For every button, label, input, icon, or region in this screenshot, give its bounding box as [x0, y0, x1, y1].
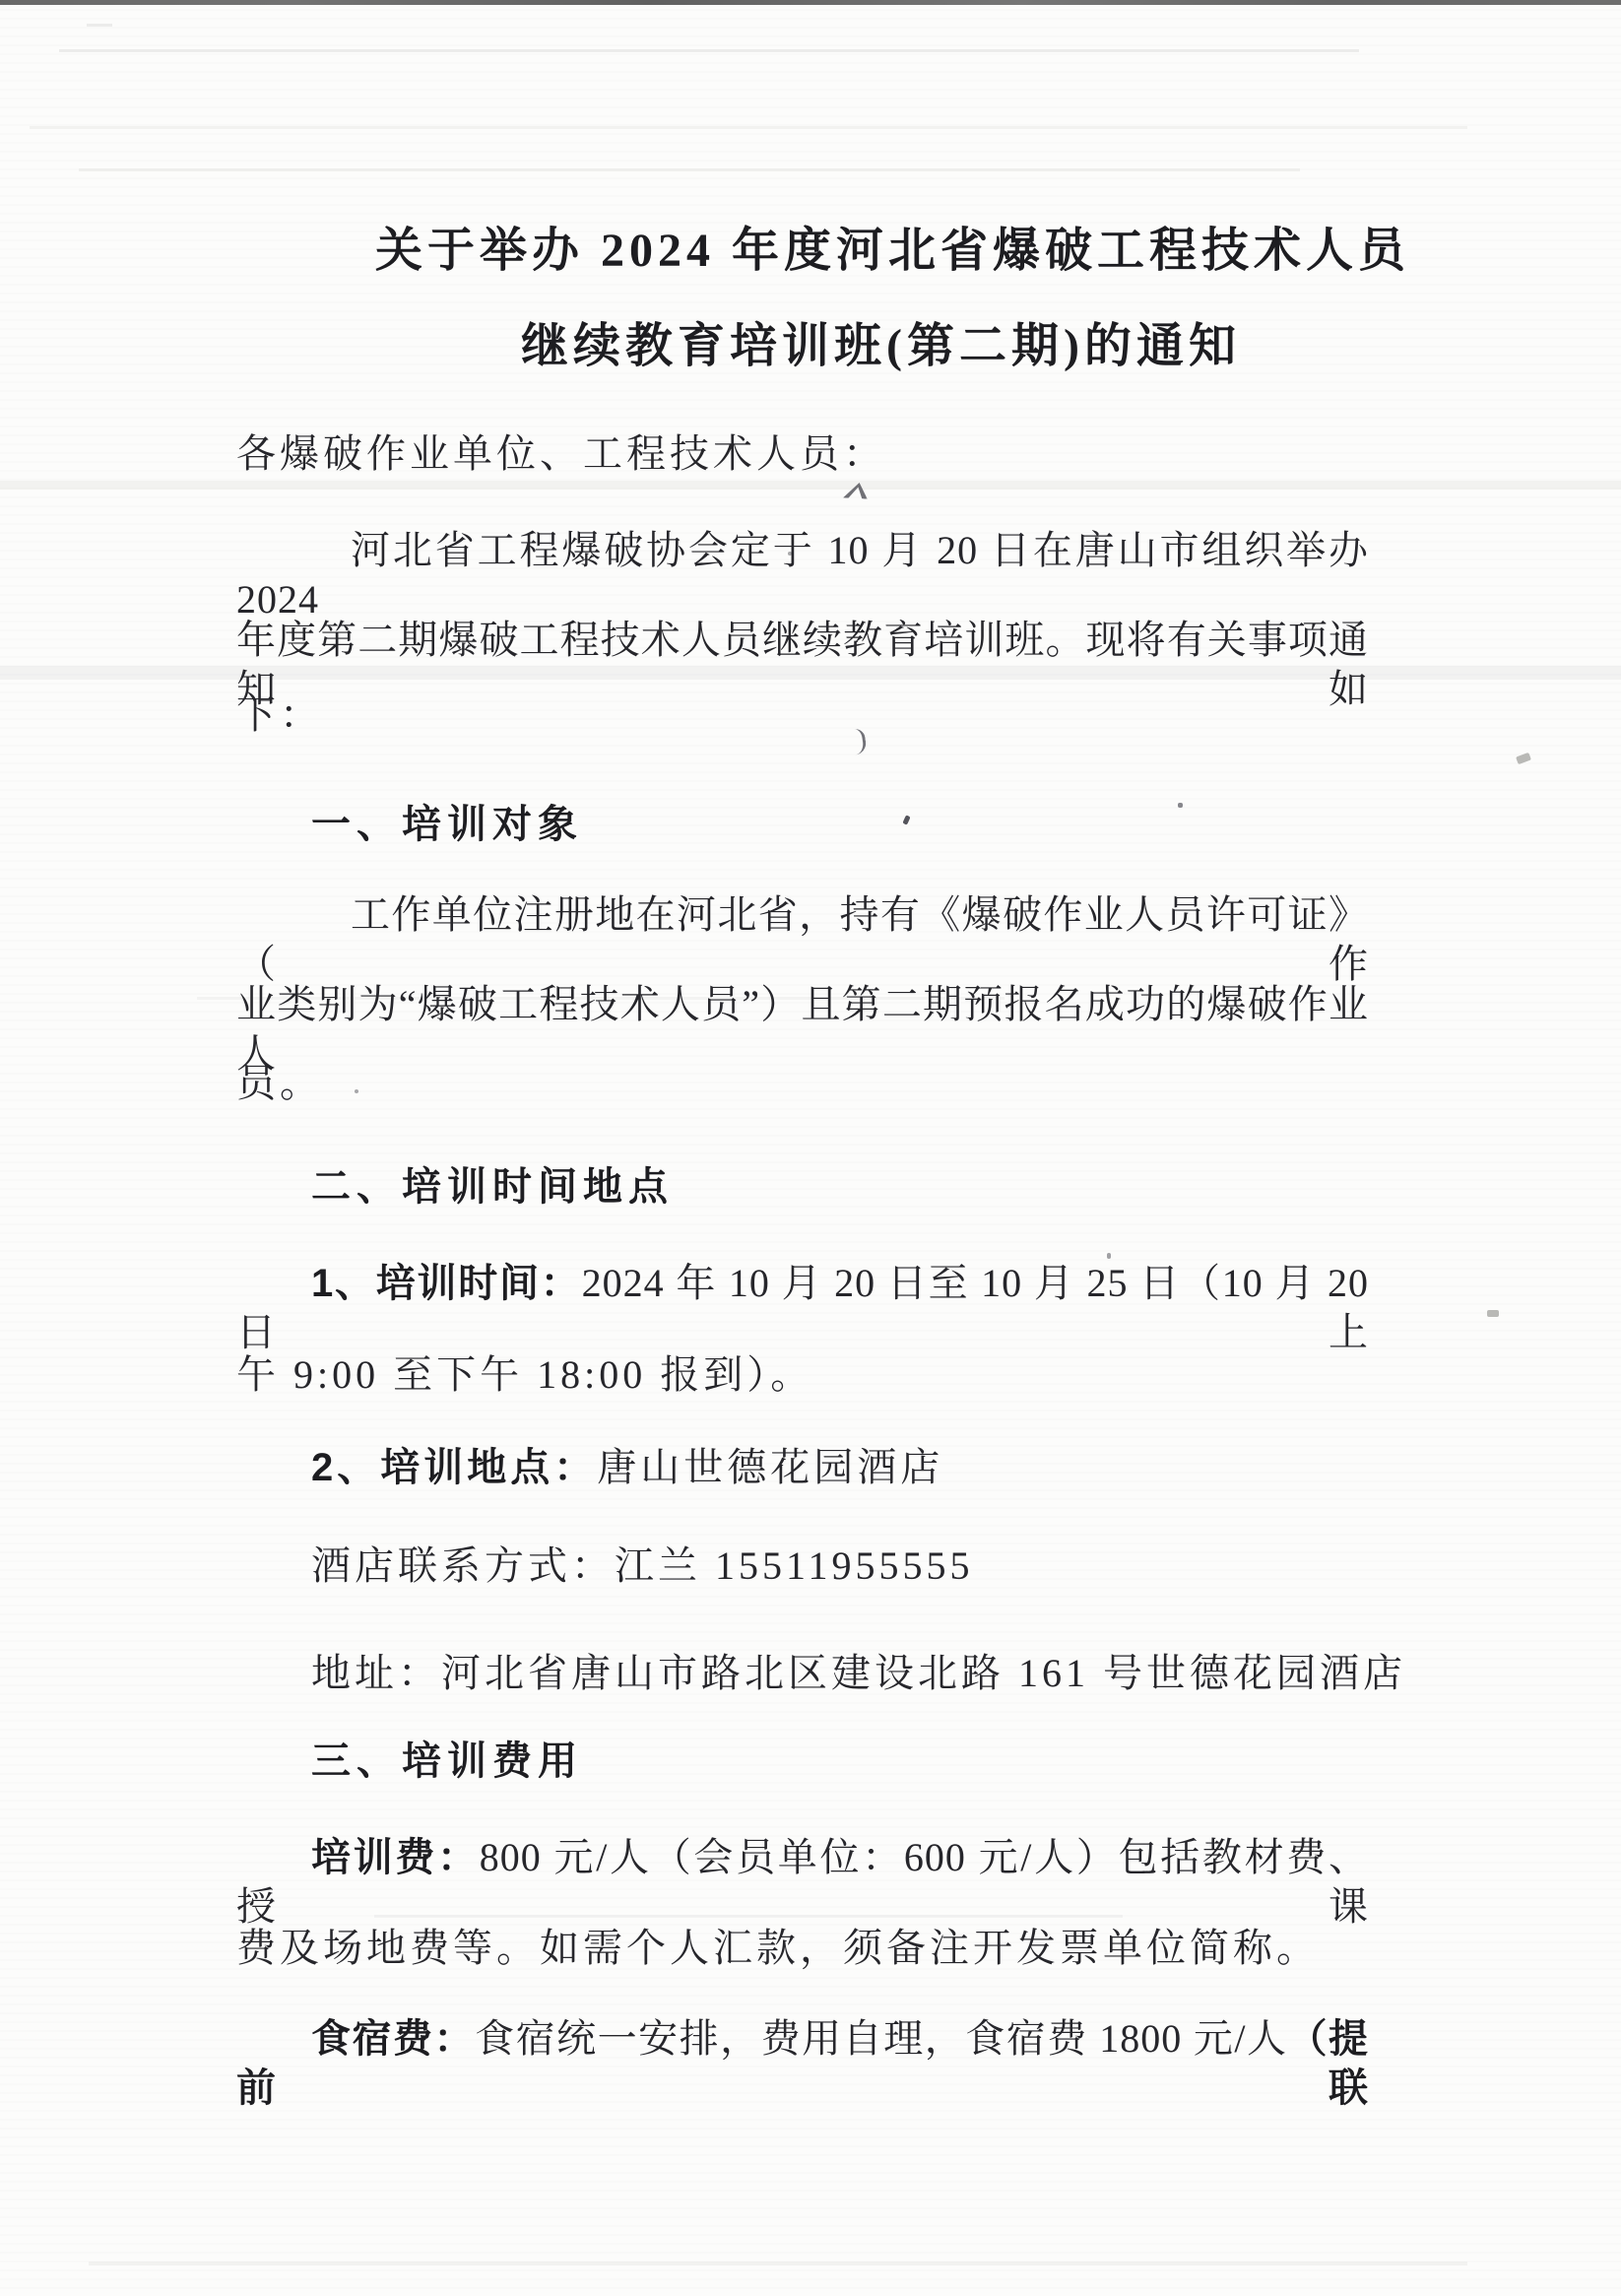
scan-edge-artifact	[0, 0, 1621, 5]
board-fee-line: 食宿费：食宿统一安排，费用自理，食宿费 1800 元/人（提前联	[236, 2014, 1369, 2113]
scan-streak	[87, 24, 112, 27]
scan-streak	[0, 481, 1621, 490]
training-venue-value: 唐山世德花园酒店	[597, 1445, 943, 1489]
board-fee-value: 食宿统一安排，费用自理，食宿费 1800 元/人	[475, 2016, 1287, 2061]
scan-streak	[30, 126, 1467, 129]
training-venue-label: 2、培训地点：	[311, 1446, 597, 1489]
section-3-heading: 三、培训费用	[236, 1737, 1369, 1786]
training-fee-continuation: 费及场地费等。如需个人汇款，须备注开发票单位简称。	[236, 1924, 1369, 1973]
section-1-heading: 一、培训对象	[236, 800, 1369, 849]
notice-title-line-1: 关于举办 2024 年度河北省爆破工程技术人员	[375, 223, 1410, 280]
training-time-line: 1、培训时间：2024 年 10 月 20 日至 10 月 25 日（10 月 …	[236, 1259, 1369, 1357]
scan-speck	[843, 482, 872, 498]
intro-line-3: 下：	[236, 690, 1369, 740]
board-fee-label: 食宿费：	[311, 2017, 475, 2061]
intro-line-1: 河北省工程爆破协会定于 10 月 20 日在唐山市组织举办 2024	[236, 526, 1369, 624]
training-venue-line: 2、培训地点：唐山世德花园酒店	[236, 1443, 1369, 1492]
scan-speck	[1487, 1310, 1499, 1317]
training-time-label: 1、培训时间：	[311, 1262, 582, 1305]
scan-streak	[79, 168, 1300, 171]
hotel-contact-line: 酒店联系方式：江兰 15511955555	[236, 1542, 1369, 1591]
section-1-line-3: 员。	[236, 1059, 1369, 1108]
section-2-heading: 二、培训时间地点	[236, 1162, 1369, 1212]
scan-speck	[1516, 753, 1531, 764]
section-1-line-1: 工作单位注册地在河北省，持有《爆破作业人员许可证》（作	[236, 890, 1369, 989]
scan-streak	[59, 49, 1359, 52]
scanned-notice-page: 关于举办 2024 年度河北省爆破工程技术人员 继续教育培训班(第二期)的通知 …	[0, 0, 1621, 2296]
training-fee-line: 培训费：800 元/人（会员单位：600 元/人）包括教材费、授课	[236, 1833, 1369, 1932]
scan-streak	[89, 2262, 1467, 2265]
training-fee-label: 培训费：	[311, 1836, 480, 1879]
notice-title-line-2: 继续教育培训班(第二期)的通知	[521, 318, 1241, 375]
hotel-address-line: 地址：河北省唐山市路北区建设北路 161 号世德花园酒店	[236, 1649, 1369, 1698]
salutation-line: 各爆破作业单位、工程技术人员：	[236, 429, 1369, 479]
training-time-continuation: 午 9:00 至下午 18:00 报到）。	[236, 1350, 1369, 1400]
